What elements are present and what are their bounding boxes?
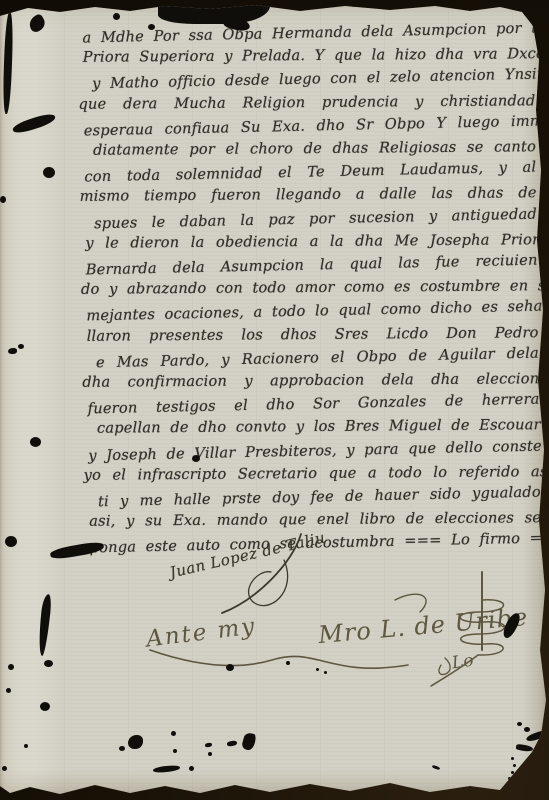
ink-blot <box>511 771 514 774</box>
ink-blot <box>286 661 290 665</box>
official-signature: Mro L. de Uribe <box>317 603 529 649</box>
ink-blot <box>351 2 356 7</box>
ink-blot <box>5 536 17 547</box>
ink-blot <box>316 668 319 671</box>
ink-blot <box>305 1 312 7</box>
ink-blot <box>128 735 143 749</box>
ink-blot <box>227 740 238 747</box>
ink-blot <box>148 24 155 30</box>
ink-blot <box>241 732 257 752</box>
ink-blot <box>18 344 24 349</box>
manuscript-text-block: a Mdhe Por ssa Obpa Hermanda dela Asumpc… <box>82 18 541 558</box>
ink-blot <box>44 660 53 667</box>
ink-blot <box>516 744 534 753</box>
ink-blot <box>192 455 200 462</box>
ink-blot <box>432 765 441 771</box>
ink-blot <box>43 167 55 178</box>
ink-blot <box>247 6 256 14</box>
ink-blot <box>524 727 530 732</box>
ink-blot <box>324 671 327 674</box>
ink-blot <box>173 749 177 753</box>
ink-blot <box>11 111 56 135</box>
ink-blot <box>189 766 194 771</box>
ink-blot <box>508 777 511 780</box>
ink-blot <box>8 664 14 670</box>
ink-blot <box>513 764 516 767</box>
ink-blot <box>119 746 125 751</box>
ink-blot <box>153 765 180 774</box>
ink-blot <box>30 437 41 447</box>
ink-blot <box>40 702 50 711</box>
ink-blot <box>37 594 52 657</box>
signature-rubric: Lo <box>451 651 475 674</box>
ink-blot <box>113 13 120 20</box>
ink-blot <box>208 752 212 756</box>
ink-blot <box>8 348 17 354</box>
ink-blot <box>205 742 213 747</box>
ink-blot <box>6 688 11 693</box>
ink-blot <box>525 730 545 743</box>
ink-blot <box>511 757 514 760</box>
ink-blot <box>517 722 522 726</box>
ink-blot <box>171 731 176 736</box>
ink-blot <box>0 196 6 203</box>
ink-blot <box>226 664 234 671</box>
ink-blot <box>24 744 28 748</box>
ink-blot <box>2 766 7 771</box>
ink-blot <box>2 12 14 114</box>
manuscript-page: a Mdhe Por ssa Obpa Hermanda dela Asumpc… <box>0 0 549 800</box>
ink-blot <box>26 13 47 34</box>
ante-my-signature: Ante my <box>145 613 258 652</box>
manuscript-scan: a Mdhe Por ssa Obpa Hermanda dela Asumpc… <box>0 0 549 800</box>
